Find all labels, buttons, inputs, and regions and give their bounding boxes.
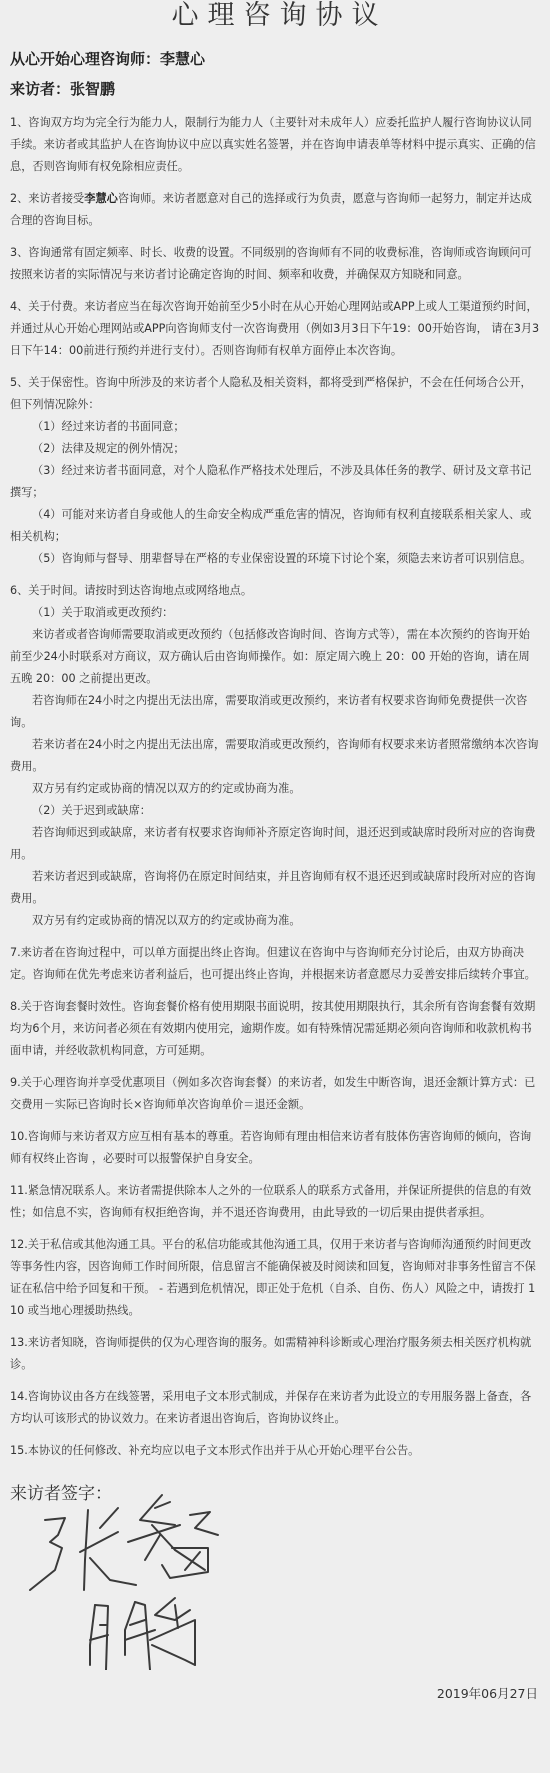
clause-text: 10.咨询师与来访者双方应互相有基本的尊重。若咨询师有理由相信来访者有肢体伤害咨… — [10, 1130, 531, 1165]
clause-text: 5、关于保密性。咨询中所涉及的来访者个人隐私及相关资料，都将受到严格保护，不会在… — [10, 376, 532, 411]
clause-text: 14.咨询协议由各方在线签署，采用电子文本形式制成，并保存在来访者为此设立的专用… — [10, 1390, 531, 1425]
clause-text: 6、关于时间。请按时到达咨询地点或网络地点。 — [10, 584, 252, 597]
page-title: 心理咨询协议 — [10, 0, 540, 34]
clause-subtext: 若来访者在24小时之内提出无法出席，需要取消或更改预约，咨询师有权要求来访者照常… — [10, 734, 540, 778]
clause-text: 8.关于咨询套餐时效性。咨询套餐价格有使用期限书面说明，按其使用期限执行，其余所… — [10, 1000, 535, 1057]
clause-text: 1、咨询双方均为完全行为能力人，限制行为能力人（主要针对未成年人）应委托监护人履… — [10, 116, 536, 173]
clause-5: 5、关于保密性。咨询中所涉及的来访者个人隐私及相关资料，都将受到严格保护，不会在… — [10, 372, 540, 570]
clause-subtext: 若来访者迟到或缺席，咨询将仍在原定时间结束，并且咨询师有权不退还迟到或缺席时段所… — [10, 866, 540, 910]
clause-7: 7.来访者在咨询过程中，可以单方面提出终止咨询。但建议在咨询中与咨询师充分讨论后… — [10, 942, 540, 986]
clause-text: 13.来访者知晓，咨询师提供的仅为心理咨询的服务。如需精神科诊断或心理治疗服务须… — [10, 1336, 531, 1371]
counselor-heading: 从心开始心理咨询师：李慧心 — [10, 44, 540, 74]
clause-subheading: （1）关于取消或更改预约： — [10, 602, 540, 624]
clause-list: 1、咨询双方均为完全行为能力人，限制行为能力人（主要针对未成年人）应委托监护人履… — [10, 112, 540, 1462]
clause-subitem: （3）经过来访者书面同意，对个人隐私作严格技术处理后，不涉及具体任务的教学、研讨… — [10, 460, 540, 504]
clause-subitem: （2）法律及规定的例外情况； — [10, 438, 540, 460]
clause-subitem: （1）经过来访者的书面同意； — [10, 416, 540, 438]
clause-2: 2、来访者接受李慧心咨询师。来访者愿意对自己的选择或行为负责，愿意与咨询师一起努… — [10, 188, 540, 232]
signature-date: 2019年06月27日 — [437, 1684, 538, 1702]
clause-subitem: （4）可能对来访者自身或他人的生命安全构成严重危害的情况，咨询师有权利直接联系相… — [10, 504, 540, 548]
clause-10: 10.咨询师与来访者双方应互相有基本的尊重。若咨询师有理由相信来访者有肢体伤害咨… — [10, 1126, 540, 1170]
clause-subtext: 若咨询师在24小时之内提出无法出席，需要取消或更改预约，来访者有权要求咨询师免费… — [10, 690, 540, 734]
clause-11: 11.紧急情况联系人。来访者需提供除本人之外的一位联系人的联系方式备用，并保证所… — [10, 1180, 540, 1224]
clause-15: 15.本协议的任何修改、补充均应以电子文本形式作出并于从心开始心理平台公告。 — [10, 1440, 540, 1462]
clause-9: 9.关于心理咨询并享受优惠项目（例如多次咨询套餐）的来访者，如发生中断咨询，退还… — [10, 1072, 540, 1116]
clause-13: 13.来访者知晓，咨询师提供的仅为心理咨询的服务。如需精神科诊断或心理治疗服务须… — [10, 1332, 540, 1376]
clause-3: 3、咨询通常有固定频率、时长、收费的设置。不同级别的咨询师有不同的收费标准，咨询… — [10, 242, 540, 286]
clause-1: 1、咨询双方均为完全行为能力人，限制行为能力人（主要针对未成年人）应委托监护人履… — [10, 112, 540, 178]
clause-subheading: （2）关于迟到或缺席： — [10, 800, 540, 822]
clause-text: 15.本协议的任何修改、补充均应以电子文本形式作出并于从心开始心理平台公告。 — [10, 1444, 419, 1457]
clause-text: 4、关于付费。来访者应当在每次咨询开始前至少5小时在从心开始心理网站或APP上或… — [10, 300, 539, 357]
clause-8: 8.关于咨询套餐时效性。咨询套餐价格有使用期限书面说明，按其使用期限执行，其余所… — [10, 996, 540, 1062]
clause-subtext: 来访者或者咨询师需要取消或更改预约（包括修改咨询时间、咨询方式等），需在本次预约… — [10, 624, 540, 690]
clause-subitem: （5）咨询师与督导、朋辈督导在严格的专业保密设置的环境下讨论个案，须隐去来访者可… — [10, 548, 540, 570]
counselor-name: 李慧心 — [84, 192, 118, 205]
clause-subtext: 若咨询师迟到或缺席，来访者有权要求咨询师补齐原定咨询时间，退还迟到或缺席时段所对… — [10, 822, 540, 866]
clause-text: 2、来访者接受 — [10, 192, 84, 205]
agreement-document: 心理咨询协议 从心开始心理咨询师：李慧心 来访者：张智鹏 1、咨询双方均为完全行… — [0, 0, 550, 1508]
clause-text: 11.紧急情况联系人。来访者需提供除本人之外的一位联系人的联系方式备用，并保证所… — [10, 1184, 531, 1219]
clause-12: 12.关于私信或其他沟通工具。平台的私信功能或其他沟通工具，仅用于来访者与咨询师… — [10, 1234, 540, 1322]
client-heading: 来访者：张智鹏 — [10, 74, 540, 104]
clause-subtext: 双方另有约定或协商的情况以双方的约定或协商为准。 — [10, 910, 540, 932]
clause-4: 4、关于付费。来访者应当在每次咨询开始前至少5小时在从心开始心理网站或APP上或… — [10, 296, 540, 362]
clause-14: 14.咨询协议由各方在线签署，采用电子文本形式制成，并保存在来访者为此设立的专用… — [10, 1386, 540, 1430]
clause-text: 7.来访者在咨询过程中，可以单方面提出终止咨询。但建议在咨询中与咨询师充分讨论后… — [10, 946, 536, 981]
clause-text: 3、咨询通常有固定频率、时长、收费的设置。不同级别的咨询师有不同的收费标准，咨询… — [10, 246, 532, 281]
clause-subtext: 双方另有约定或协商的情况以双方的约定或协商为准。 — [10, 778, 540, 800]
handwritten-signature — [0, 1480, 300, 1670]
clause-text: 9.关于心理咨询并享受优惠项目（例如多次咨询套餐）的来访者，如发生中断咨询，退还… — [10, 1076, 535, 1111]
clause-text: 12.关于私信或其他沟通工具。平台的私信功能或其他沟通工具，仅用于来访者与咨询师… — [10, 1238, 536, 1317]
clause-6: 6、关于时间。请按时到达咨询地点或网络地点。 （1）关于取消或更改预约： 来访者… — [10, 580, 540, 932]
